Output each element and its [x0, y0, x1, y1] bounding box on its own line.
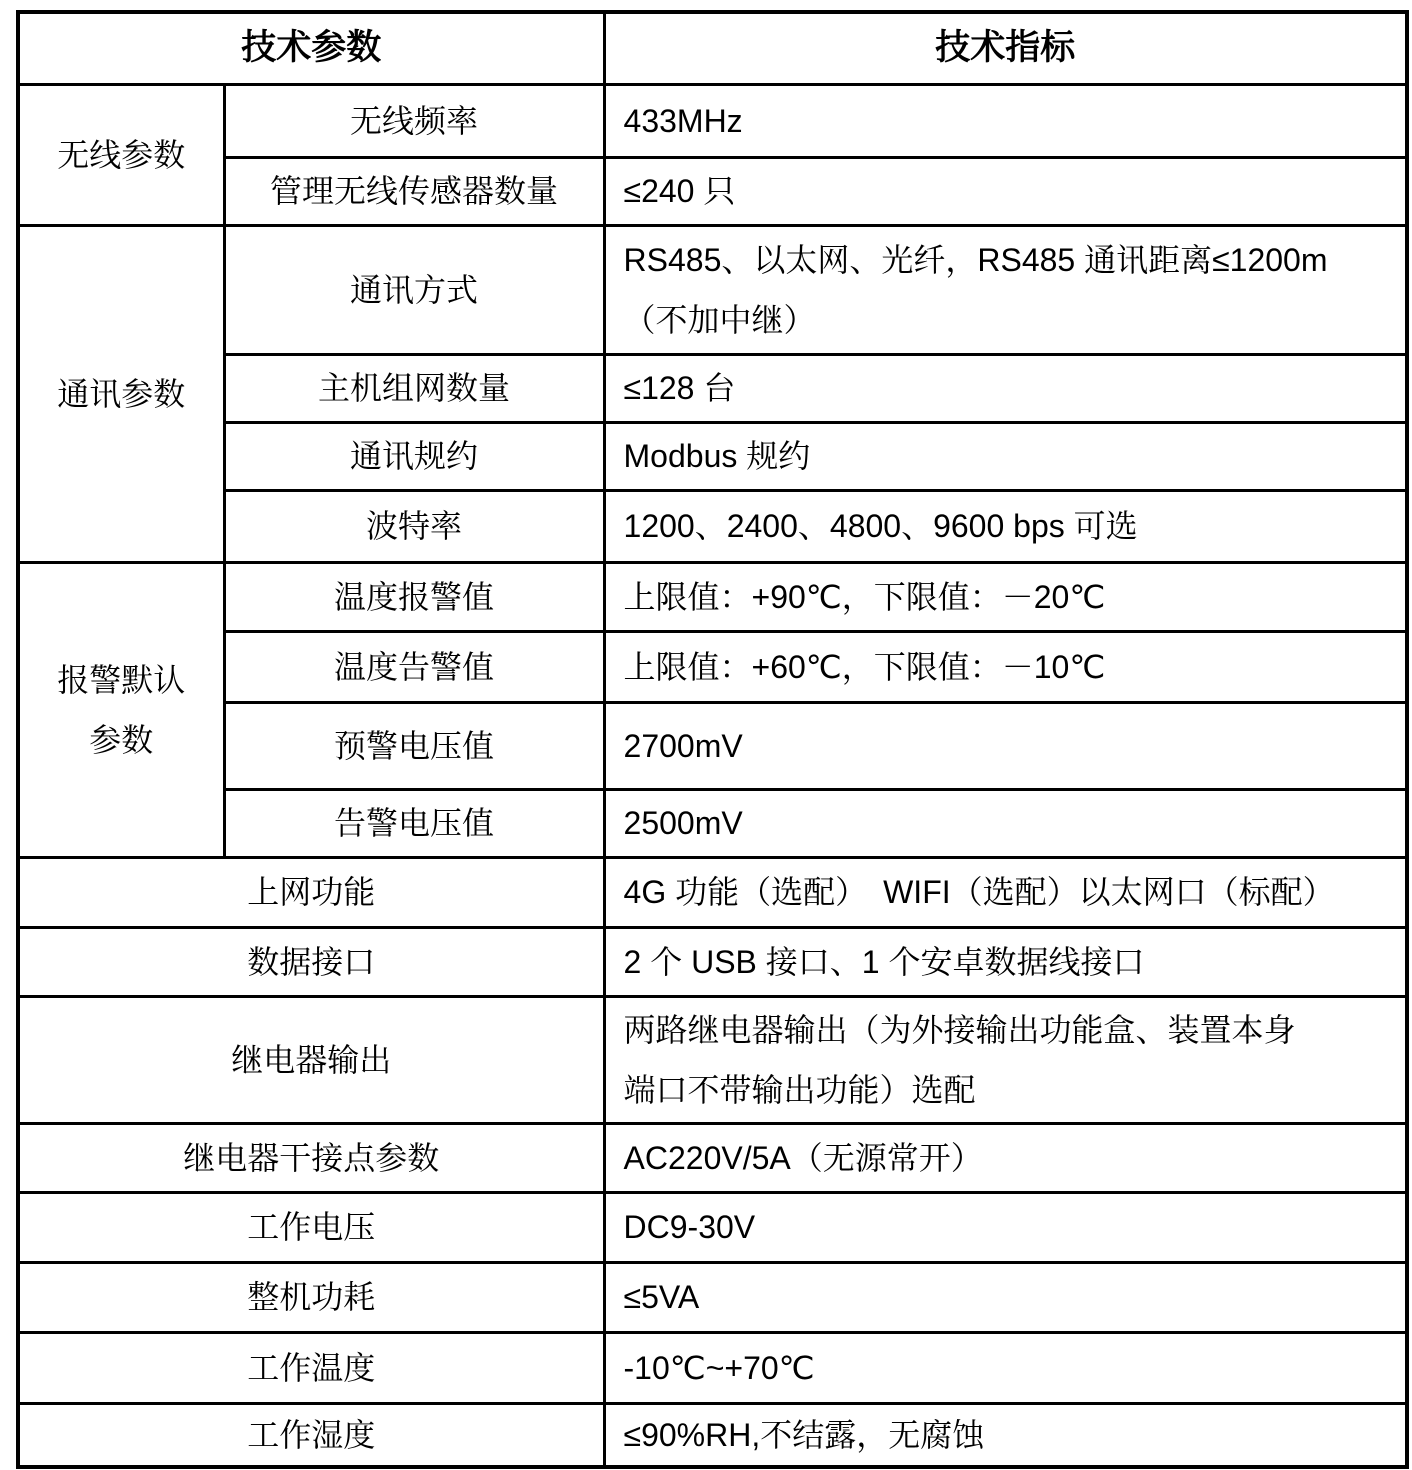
table-row: 温度告警值 上限值：+60℃，下限值：－10℃ [18, 631, 1407, 702]
param-cell: 告警电压值 [224, 789, 604, 857]
table-row: 继电器干接点参数 AC220V/5A（无源常开） [18, 1123, 1407, 1192]
param-cell: 温度报警值 [224, 562, 604, 631]
param-cell: 上网功能 [18, 857, 604, 927]
param-cell: 整机功耗 [18, 1262, 604, 1332]
param-cell: 工作湿度 [18, 1403, 604, 1467]
table-row: 管理无线传感器数量 ≤240 只 [18, 157, 1407, 225]
table-row: 上网功能 4G 功能（选配） WIFI（选配）以太网口（标配） [18, 857, 1407, 927]
param-cell: 温度告警值 [224, 631, 604, 702]
param-cell: 继电器输出 [18, 996, 604, 1123]
param-cell: 波特率 [224, 490, 604, 562]
param-cell: 工作电压 [18, 1192, 604, 1262]
param-cell: 数据接口 [18, 927, 604, 996]
value-cell: -10℃~+70℃ [604, 1332, 1407, 1403]
table-row: 工作电压 DC9-30V [18, 1192, 1407, 1262]
param-cell: 工作温度 [18, 1332, 604, 1403]
value-cell: ≤128 台 [604, 354, 1407, 422]
table-row: 通讯规约 Modbus 规约 [18, 422, 1407, 490]
table-row: 整机功耗 ≤5VA [18, 1262, 1407, 1332]
value-cell: Modbus 规约 [604, 422, 1407, 490]
value-cell: ≤240 只 [604, 157, 1407, 225]
param-cell: 继电器干接点参数 [18, 1123, 604, 1192]
value-cell: DC9-30V [604, 1192, 1407, 1262]
value-cell: 1200、2400、4800、9600 bps 可选 [604, 490, 1407, 562]
table-row: 继电器输出 两路继电器输出（为外接输出功能盒、装置本身 端口不带输出功能）选配 [18, 996, 1407, 1123]
table-row: 数据接口 2 个 USB 接口、1 个安卓数据线接口 [18, 927, 1407, 996]
param-cell: 预警电压值 [224, 702, 604, 789]
param-cell: 通讯方式 [224, 225, 604, 354]
table-row: 报警默认 参数 温度报警值 上限值：+90℃，下限值：－20℃ [18, 562, 1407, 631]
value-cell: 上限值：+60℃，下限值：－10℃ [604, 631, 1407, 702]
table-row: 告警电压值 2500mV [18, 789, 1407, 857]
value-cell: 2700mV [604, 702, 1407, 789]
value-cell: 2500mV [604, 789, 1407, 857]
value-cell: 2 个 USB 接口、1 个安卓数据线接口 [604, 927, 1407, 996]
header-params: 技术参数 [18, 12, 604, 84]
value-cell: 433MHz [604, 84, 1407, 157]
table-row: 工作温度 -10℃~+70℃ [18, 1332, 1407, 1403]
param-cell: 通讯规约 [224, 422, 604, 490]
group-cell-wireless: 无线参数 [18, 84, 224, 225]
param-cell: 无线频率 [224, 84, 604, 157]
value-cell: RS485、以太网、光纤，RS485 通讯距离≤1200m （不加中继） [604, 225, 1407, 354]
value-cell: 上限值：+90℃，下限值：－20℃ [604, 562, 1407, 631]
table-row: 预警电压值 2700mV [18, 702, 1407, 789]
table-row: 波特率 1200、2400、4800、9600 bps 可选 [18, 490, 1407, 562]
header-row: 技术参数 技术指标 [18, 12, 1407, 84]
table-row: 工作湿度 ≤90%RH,不结露，无腐蚀 [18, 1403, 1407, 1467]
header-spec: 技术指标 [604, 12, 1407, 84]
value-cell: AC220V/5A（无源常开） [604, 1123, 1407, 1192]
value-cell: ≤5VA [604, 1262, 1407, 1332]
group-cell-comm: 通讯参数 [18, 225, 224, 562]
table-row: 通讯参数 通讯方式 RS485、以太网、光纤，RS485 通讯距离≤1200m … [18, 225, 1407, 354]
table-row: 主机组网数量 ≤128 台 [18, 354, 1407, 422]
group-cell-alarm: 报警默认 参数 [18, 562, 224, 857]
value-cell: 两路继电器输出（为外接输出功能盒、装置本身 端口不带输出功能）选配 [604, 996, 1407, 1123]
param-cell: 主机组网数量 [224, 354, 604, 422]
table-row: 无线参数 无线频率 433MHz [18, 84, 1407, 157]
value-cell: ≤90%RH,不结露，无腐蚀 [604, 1403, 1407, 1467]
value-cell: 4G 功能（选配） WIFI（选配）以太网口（标配） [604, 857, 1407, 927]
param-cell: 管理无线传感器数量 [224, 157, 604, 225]
spec-table: 技术参数 技术指标 无线参数 无线频率 433MHz 管理无线传感器数量 ≤24… [16, 10, 1409, 1469]
